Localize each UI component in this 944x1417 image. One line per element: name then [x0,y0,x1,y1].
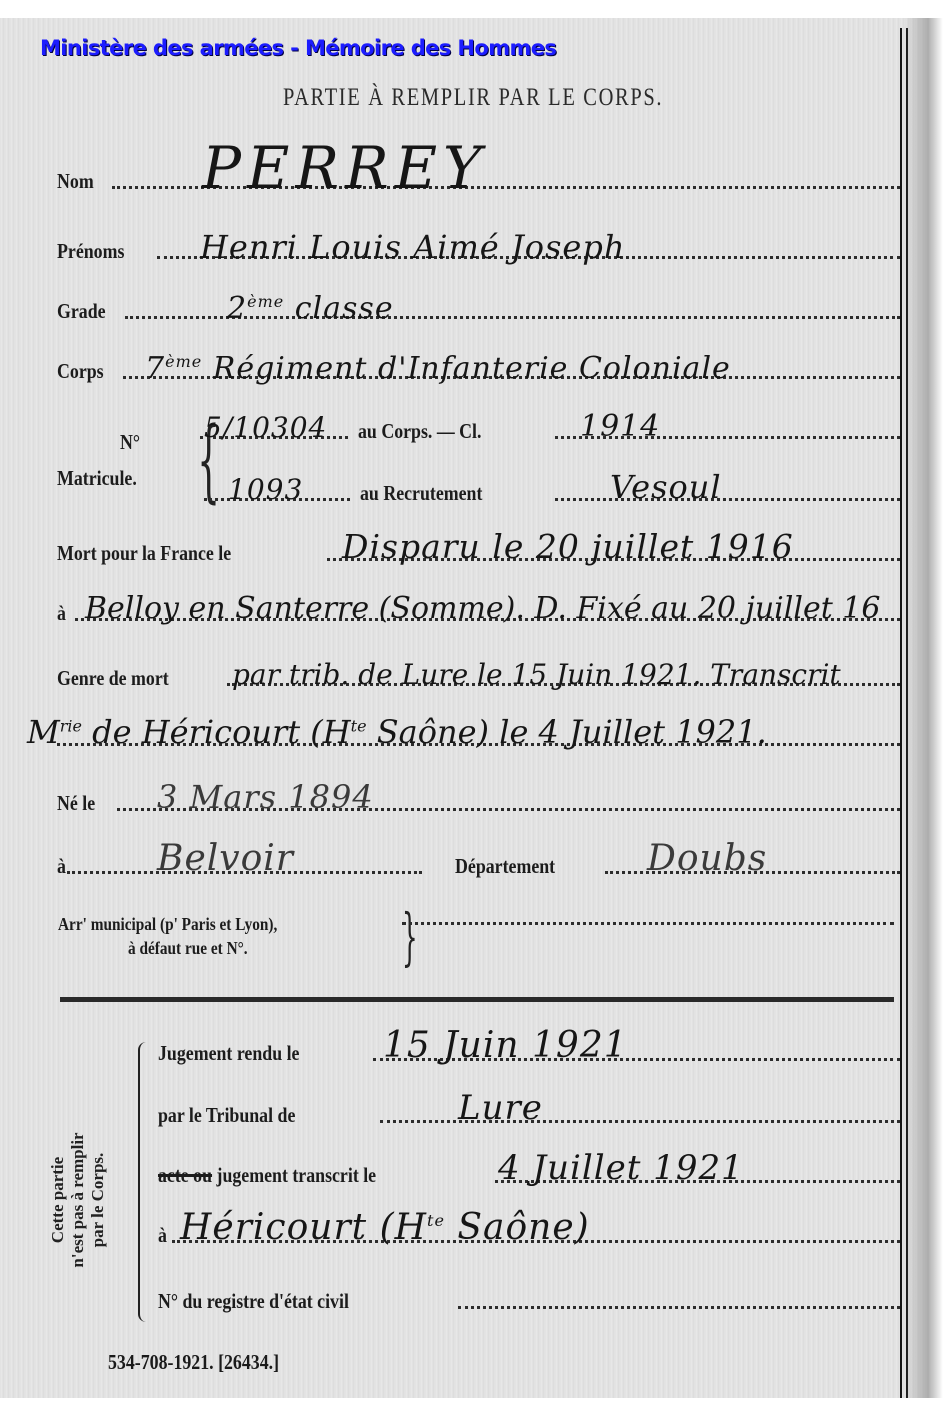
value-mort-lieu: Belloy en Santerre (Somme). D. Fixé au 2… [85,591,880,626]
label-au-recrutement: au Recrutement [360,481,482,506]
value-genre-mort-cont: Mrie de Héricourt (Hte Saône) le 4 Juill… [27,713,767,751]
value-prenoms: Henri Louis Aimé Joseph [200,228,625,266]
label-genre-mort: Genre de mort [57,666,169,691]
field-mort-lieu: à Belloy en Santerre (Somme). D. Fixé au… [57,590,900,630]
field-transcrit: acte ou jugement transcrit le 4 Juillet … [158,1152,900,1192]
label-mort: Mort pour la France le [57,541,231,566]
value-departement: Doubs [647,838,767,879]
label-naissance-lieu: à [57,854,66,879]
field-naissance-lieu: à Belvoir Département Doubs [57,843,900,883]
value-matricule-corps: 5/10304 [204,411,327,444]
field-grade: Grade 2ème classe [57,288,900,328]
label-mort-lieu: à [57,601,66,626]
value-jugement: 15 Juin 1921 [383,1025,628,1066]
value-grade: 2ème classe [227,291,394,326]
field-tribunal: par le Tribunal de Lure [158,1092,900,1132]
label-nom: Nom [57,169,94,194]
field-genre-mort: Genre de mort par trib. de Lure le 15 Ju… [57,655,900,695]
label-matricule: Matricule. [57,466,137,491]
brace: } [402,900,418,973]
dotted-line [402,922,894,925]
label-jugement: Jugement rendu le [158,1041,299,1066]
label-transcrit-lieu: à [158,1223,167,1248]
field-genre-mort-cont: Mrie de Héricourt (Hte Saône) le 4 Juill… [57,715,900,755]
label-matricule-no: N° [120,430,140,455]
value-nom: PERREY [202,134,487,202]
value-genre-mort: par trib. de Lure le 15 Juin 1921. Trans… [232,658,841,691]
section-brace [138,1042,148,1322]
value-mort: Disparu le 20 juillet 1916 [342,527,794,566]
dotted-line [555,498,900,501]
label-registre: N° du registre d'état civil [158,1289,349,1314]
value-transcrit-lieu: Héricourt (Hte Saône) [180,1207,590,1248]
label-au-corps-cl: au Corps. — Cl. [358,419,481,444]
field-jugement: Jugement rendu le 15 Juin 1921 [158,1030,900,1070]
label-prenoms: Prénoms [57,239,124,264]
field-naissance: Né le 3 Mars 1894 [57,780,900,820]
label-tribunal: par le Tribunal de [158,1103,295,1128]
field-nom: Nom PERREY [57,158,900,198]
border-line-inner [900,28,902,1398]
label-arrondissement-1: Arr' municipal (p' Paris et Lyon), [58,914,277,935]
label-arrondissement-2: à défaut rue et N°. [128,938,248,959]
field-registre: N° du registre d'état civil [158,1278,900,1318]
matricule-recrutement-row: 1093 au Recrutement Vesoul [200,470,900,510]
form-heading: PARTIE À REMPLIR PAR LE CORPS. [86,84,860,112]
field-mort: Mort pour la France le Disparu le 20 jui… [57,530,900,570]
label-departement: Département [455,854,555,879]
side-note: Cette partie n'est pas à remplir par le … [48,1110,108,1290]
field-transcrit-lieu: à Héricourt (Hte Saône) [158,1212,900,1252]
label-corps: Corps [57,359,104,384]
watermark: Ministère des armées - Mémoire des Homme… [40,36,556,60]
section-divider [60,997,894,1002]
print-reference: 534-708-1921. [26434.] [108,1350,279,1375]
matricule-corps-row: 5/10304 au Corps. — Cl. 1914 [200,408,900,448]
value-recrutement-lieu: Vesoul [610,468,722,506]
value-naissance-lieu: Belvoir [157,838,294,879]
value-tribunal: Lure [458,1088,543,1128]
label-transcrit: acte ou jugement transcrit le [158,1163,376,1188]
border-line-outer [906,28,908,1398]
value-naissance: 3 Mars 1894 [157,778,374,816]
field-corps: Corps 7ème Régiment d'Infanterie Colonia… [57,348,900,388]
dotted-line [458,1306,900,1309]
value-classe: 1914 [580,409,660,444]
label-grade: Grade [57,299,106,324]
value-transcrit: 4 Juillet 1921 [498,1148,744,1188]
label-naissance: Né le [57,791,95,816]
value-corps: 7ème Régiment d'Infanterie Coloniale [145,351,731,386]
field-prenoms: Prénoms Henri Louis Aimé Joseph [57,228,900,268]
value-matricule-recrutement: 1093 [228,473,303,506]
